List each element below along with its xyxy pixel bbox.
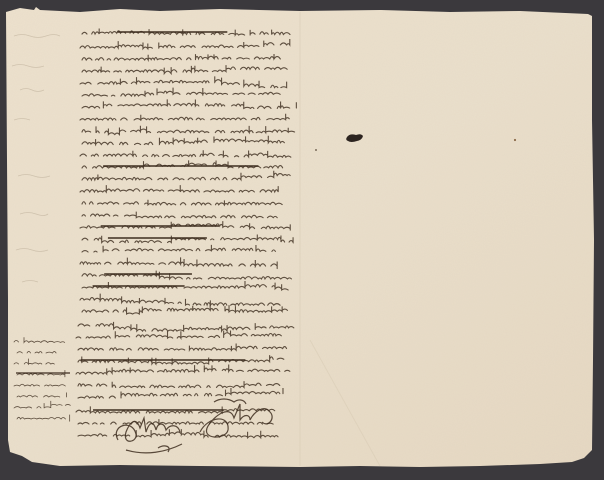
manuscript-page [0,0,604,480]
document-viewer: …… (struck) …… icelluy [?] pour les troi… [0,0,604,480]
